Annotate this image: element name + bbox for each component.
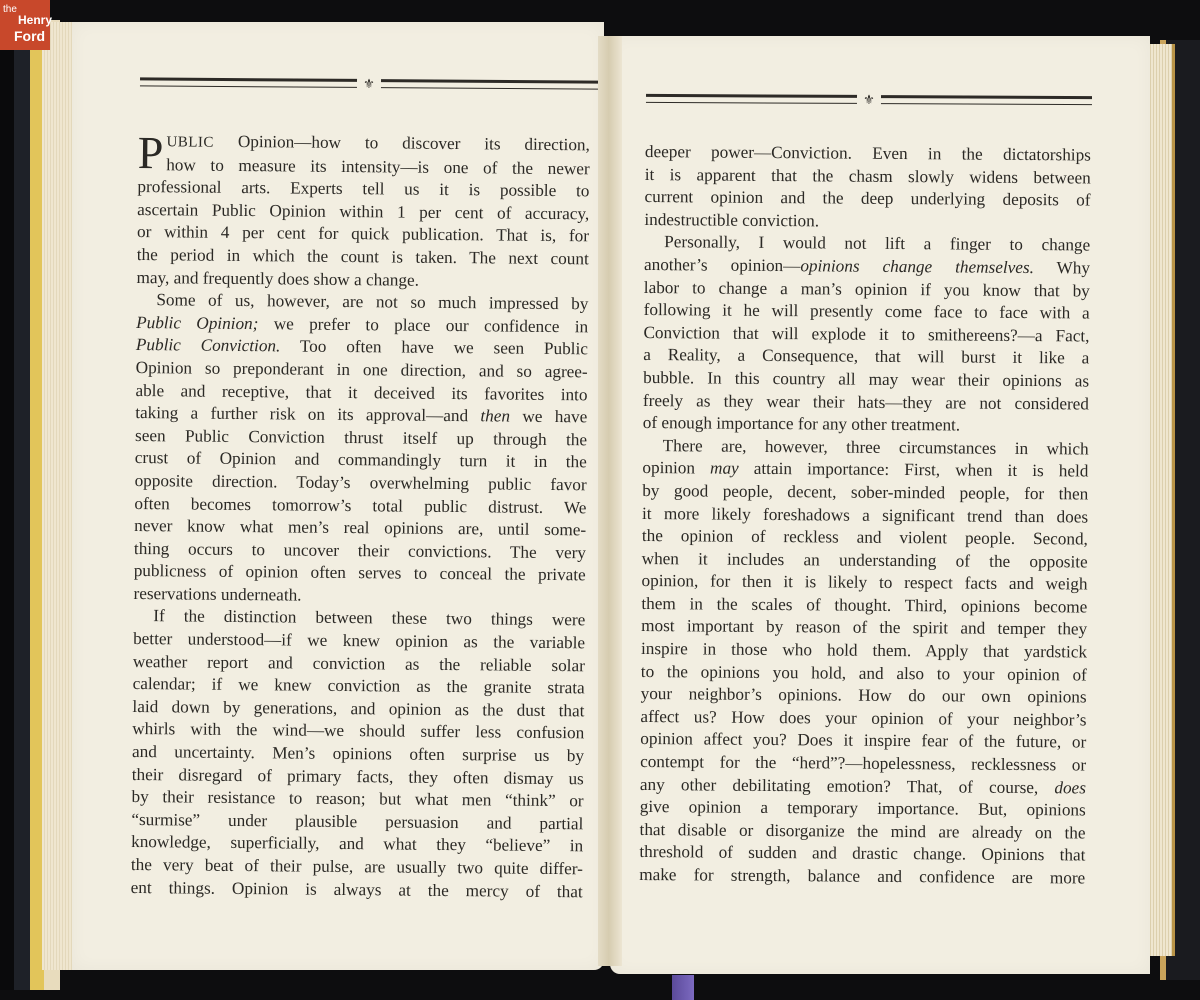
text-line: bubble. In this country all may wear the… [643,367,1089,393]
page-stack-right [1148,44,1175,956]
paragraph: Some of us, however, are not so much imp… [133,289,588,610]
text-line: following it he will presently come face… [644,299,1090,325]
text-line: make for strength, balance and confidenc… [639,864,1085,890]
ornament-rule [646,93,857,103]
text-line: by good people, decent, sober-minded peo… [642,480,1088,506]
header-ornament-right: ⚜ [646,91,1092,107]
logo-henry: Henry [18,14,52,26]
text-line: opinion may attain importance: First, wh… [642,457,1088,483]
text-line: inspire in those who hold them. Apply th… [641,638,1087,664]
text-line: ent things. Opinion is always at the mer… [131,877,583,904]
book-gutter [598,36,622,966]
logo-the: the [3,5,17,15]
paragraph: If the distinction between these two thi… [131,605,586,903]
right-page-text: deeper power—Conviction. Even in the dic… [639,141,1091,890]
ornament-rule [881,95,1092,105]
text-line: deeper power—Conviction. Even in the dic… [645,141,1091,167]
left-page-body: UBLIC Opinion—how to discover its direct… [131,130,590,903]
text-line: contempt for the “herd”?—hopelessness, r… [640,751,1086,777]
bookmark-ribbon [672,975,694,1000]
right-page-body: deeper power—Conviction. Even in the dic… [639,141,1091,890]
text-line: give opinion a temporary importance. But… [640,796,1086,822]
logo-ford: Ford [14,29,45,43]
text-line: your neighbor’s opinions. How do our own… [641,683,1087,709]
ornament-rule [381,79,598,90]
left-page-text: P UBLIC Opinion—how to discover its dire… [131,130,590,903]
text-line: opinion, for then it is likely to respec… [641,570,1087,596]
drop-cap: P [138,134,164,172]
paragraph: UBLIC Opinion—how to discover its direct… [136,130,590,293]
paragraph: There are, however, three circumstances … [639,435,1089,890]
paragraph: Personally, I would not lift a finger to… [643,231,1091,438]
ornament-rule [140,77,357,88]
fleur-de-lis-icon: ⚜ [863,92,875,105]
fleur-de-lis-icon: ⚜ [363,76,375,89]
henry-ford-logo: the Henry Ford [0,0,50,50]
text-line: of enough importance for any other treat… [643,412,1089,438]
text-line: the opinion of reckless and violent peop… [642,525,1088,551]
text-line: current opinion and the deep underlying … [644,186,1090,212]
paragraph: deeper power—Conviction. Even in the dic… [644,141,1091,235]
text-line: another’s opinion—opinions change themse… [644,254,1090,280]
